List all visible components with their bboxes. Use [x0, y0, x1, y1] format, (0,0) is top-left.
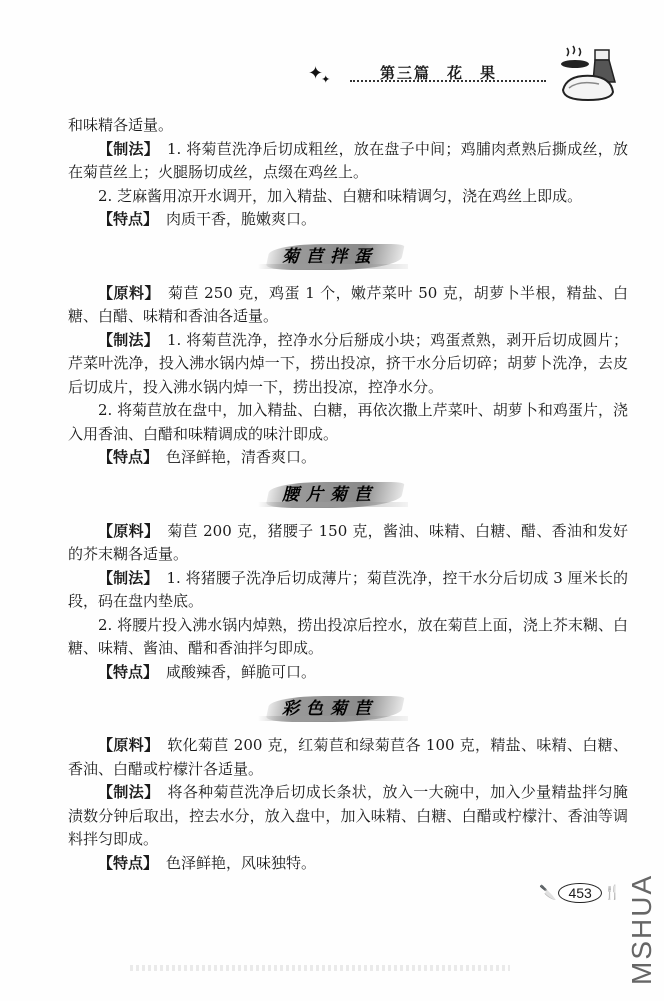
recipe-title: 腰片菊苣 [282, 484, 378, 508]
feature-label: 【特点】 [98, 663, 158, 681]
page-body: 和味精各适量。 【制法】1. 将菊苣洗净后切成粗丝，放在盘子中间；鸡脯肉煮熟后撕… [68, 114, 628, 875]
recipe-title-banner: 彩色菊苣 [68, 690, 628, 732]
recipe-ingredients: 【原料】菊苣 200 克，猪腰子 150 克，酱油、味精、白糖、醋、香油和发好的… [68, 520, 628, 567]
method-label: 【制法】 [98, 140, 159, 158]
ingredients-label: 【原料】 [98, 284, 160, 302]
watermark: MSHUA [626, 874, 658, 985]
recipe-ingredients: 【原料】软化菊苣 200 克，红菊苣和绿菊苣各 100 克，精盐、味精、白糖、香… [68, 734, 628, 781]
recipe-feature: 【特点】咸酸辣香，鲜脆可口。 [68, 661, 628, 685]
recipe-method-1: 【制法】1. 将猪腰子洗净后切成薄片；菊苣洗净，控干水分后切成 3 厘米长的段，… [68, 567, 628, 614]
recipe-title-banner: 菊苣拌蛋 [68, 238, 628, 280]
ingredients-label: 【原料】 [98, 522, 159, 540]
recipe-method-2: 2. 将腰片投入沸水锅内焯熟，捞出投凉后控水，放在菊苣上面，浇上芥末糊、白糖、味… [68, 614, 628, 661]
intro-feature: 【特点】肉质干香，脆嫩爽口。 [68, 208, 628, 232]
chef-icon [555, 44, 627, 104]
part-label: 第三篇 [380, 64, 431, 82]
intro-tail: 和味精各适量。 [68, 114, 628, 138]
intro-method-2: 2. 芝麻酱用凉开水调开，加入精盐、白糖和味精调匀，浇在鸡丝上即成。 [68, 185, 628, 209]
method-label: 【制法】 [98, 783, 159, 801]
knife-icon: 🔪 [539, 885, 556, 901]
recipe-method-2: 2. 将菊苣放在盘中，加入精盐、白糖，再依次撒上芹菜叶、胡萝卜和鸡蛋片，浇入用香… [68, 399, 628, 446]
recipe-feature: 【特点】色泽鲜艳，风味独特。 [68, 852, 628, 876]
recipe-method-1: 【制法】将各种菊苣洗净后切成长条状，放入一大碗中，加入少量精盐拌匀腌渍数分钟后取… [68, 781, 628, 852]
sparkle-icon: ✦✦ [308, 65, 332, 83]
recipe-feature: 【特点】色泽鲜艳，清香爽口。 [68, 446, 628, 470]
scan-artifact [130, 965, 510, 971]
method-label: 【制法】 [98, 569, 158, 587]
recipe-title: 彩色菊苣 [282, 698, 378, 722]
fork-icon: 🍴 [604, 885, 621, 901]
running-header: ✦✦ 第三篇花果 [300, 40, 640, 100]
chapter-char-2: 果 [480, 64, 497, 82]
intro-method-1: 【制法】1. 将菊苣洗净后切成粗丝，放在盘子中间；鸡脯肉煮熟后撕成丝，放在菊苣丝… [68, 138, 628, 185]
chapter-char-1: 花 [447, 64, 464, 82]
feature-label: 【特点】 [98, 448, 158, 466]
recipe-method-1: 【制法】1. 将菊苣洗净，控净水分后掰成小块；鸡蛋煮熟，剥开后切成圆片；芹菜叶洗… [68, 329, 628, 400]
chapter-title: 第三篇花果 [380, 62, 513, 83]
feature-label: 【特点】 [98, 210, 158, 228]
ingredients-label: 【原料】 [98, 736, 159, 754]
recipe-ingredients: 【原料】菊苣 250 克，鸡蛋 1 个，嫩芹菜叶 50 克，胡萝卜半根，精盐、白… [68, 282, 628, 329]
recipe-title-banner: 腰片菊苣 [68, 476, 628, 518]
method-label: 【制法】 [98, 331, 159, 349]
feature-label: 【特点】 [98, 854, 158, 872]
page-number-badge: 🔪 453 🍴 [537, 880, 623, 906]
recipe-title: 菊苣拌蛋 [282, 246, 378, 270]
page-number: 453 [558, 883, 601, 903]
